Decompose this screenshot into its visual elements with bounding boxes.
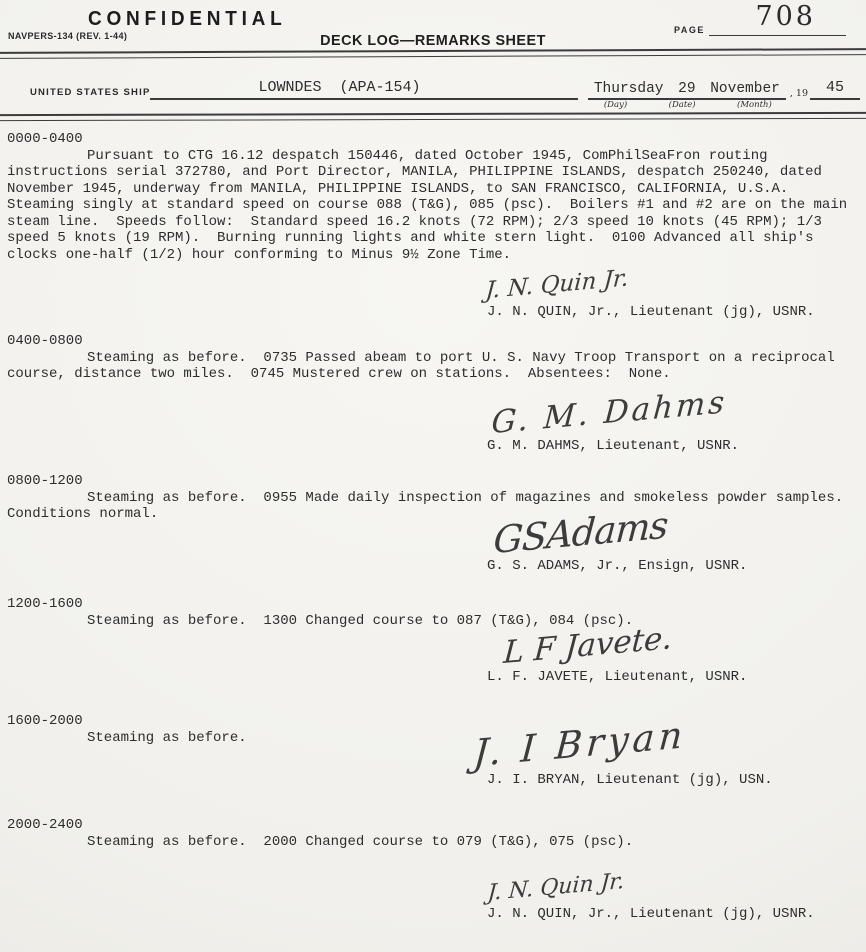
- typed-signature: G. S. ADAMS, Jr., Ensign, USNR.: [487, 558, 854, 575]
- remarks-text: Steaming as before. 2000 Changed course …: [7, 834, 854, 851]
- typed-signature: G. M. DAHMS, Lieutenant, USNR.: [487, 438, 854, 455]
- month-label: (Month): [737, 100, 772, 110]
- ship-name: LOWNDES (APA-154): [258, 79, 420, 96]
- signature-block: GSAdams G. S. ADAMS, Jr., Ensign, USNR.: [487, 533, 854, 575]
- signature-block: G. M. Dahms G. M. DAHMS, Lieutenant, USN…: [487, 415, 854, 455]
- ship-label: UNITED STATES SHIP: [30, 87, 150, 100]
- date-day: Thursday: [594, 81, 664, 97]
- date-label: (Date): [669, 100, 696, 110]
- year-value: 45: [826, 79, 844, 96]
- typed-signature: L. F. JAVETE, Lieutenant, USNR.: [487, 669, 854, 686]
- page-number-area: 708 PAGE: [674, 2, 846, 36]
- log-entry-2000-2400: 2000-2400 Steaming as before. 2000 Chang…: [7, 817, 854, 922]
- log-entry-0000-0400: 0000-0400 Pursuant to CTG 16.12 despatch…: [7, 131, 854, 320]
- remarks-text: Steaming as before. 1300 Changed course …: [7, 613, 854, 630]
- date-fields: Thursday 29 November (Day) (Date) (Month…: [588, 81, 786, 100]
- year-line: 45: [810, 80, 860, 100]
- remarks-text: Steaming as before. 0955 Made daily insp…: [7, 490, 854, 523]
- handwritten-signature: GSAdams: [493, 517, 668, 549]
- handwritten-signature: J. N. Quin Jr.: [485, 270, 629, 299]
- classification-stamp: CONFIDENTIAL: [88, 8, 286, 31]
- remarks-text: Pursuant to CTG 16.12 despatch 150446, d…: [7, 148, 854, 264]
- header-rule-top: [0, 48, 866, 59]
- typed-signature: J. N. QUIN, Jr., Lieutenant (jg), USNR.: [487, 906, 854, 923]
- deck-log-page: CONFIDENTIAL 708 PAGE NAVPERS-134 (REV. …: [0, 0, 866, 952]
- signature-block: J. N. Quin Jr. J. N. QUIN, Jr., Lieutena…: [487, 886, 854, 922]
- signature-block: L F Javete. L. F. JAVETE, Lieutenant, US…: [487, 645, 854, 685]
- ship-name-line: LOWNDES (APA-154): [150, 74, 577, 100]
- handwritten-signature: L F Javete.: [503, 630, 673, 661]
- date-field-labels: (Day) (Date) (Month): [588, 98, 786, 110]
- date-month: November: [710, 81, 780, 97]
- watch-period: 2000-2400: [7, 817, 854, 834]
- date-group: Thursday 29 November (Day) (Date) (Month…: [588, 80, 860, 100]
- log-entry-0400-0800: 0400-0800 Steaming as before. 0735 Passe…: [7, 333, 854, 455]
- remarks-text: Steaming as before. 0735 Passed abeam to…: [7, 350, 854, 383]
- date-number: 29: [678, 81, 695, 97]
- log-entry-1200-1600: 1200-1600 Steaming as before. 1300 Chang…: [7, 596, 854, 685]
- log-entry-0800-1200: 0800-1200 Steaming as before. 0955 Made …: [7, 473, 854, 575]
- document-title: DECK LOG—REMARKS SHEET: [17, 32, 848, 49]
- remarks-text: Steaming as before.: [7, 730, 854, 747]
- date-values: Thursday 29 November: [588, 81, 786, 98]
- typed-signature: J. I. BRYAN, Lieutenant (jg), USN.: [487, 772, 854, 789]
- watch-period: 1600-2000: [7, 713, 854, 730]
- watch-period: 0400-0800: [7, 333, 854, 350]
- handwritten-signature: G. M. Dahms: [491, 394, 728, 431]
- day-label: (Day): [604, 100, 627, 110]
- log-entry-1600-2000: 1600-2000 Steaming as before. J. I Bryan…: [7, 713, 854, 788]
- typed-signature: J. N. QUIN, Jr., Lieutenant (jg), USNR.: [487, 304, 854, 321]
- signature-block: J. N. Quin Jr. J. N. QUIN, Jr., Lieutena…: [487, 283, 854, 320]
- handwritten-signature: J. I Bryan: [473, 727, 687, 762]
- handwritten-signature: J. N. Quin Jr.: [487, 874, 625, 903]
- signature-block: J. I Bryan J. I. BRYAN, Lieutenant (jg),…: [487, 746, 854, 788]
- year-prefix: , 19: [786, 88, 810, 100]
- header-rule-bottom: [0, 112, 866, 121]
- ship-and-date-row: UNITED STATES SHIP LOWNDES (APA-154) Thu…: [30, 72, 860, 100]
- watch-period: 0800-1200: [7, 473, 854, 490]
- watch-period: 0000-0400: [7, 131, 854, 148]
- watch-period: 1200-1600: [7, 596, 854, 613]
